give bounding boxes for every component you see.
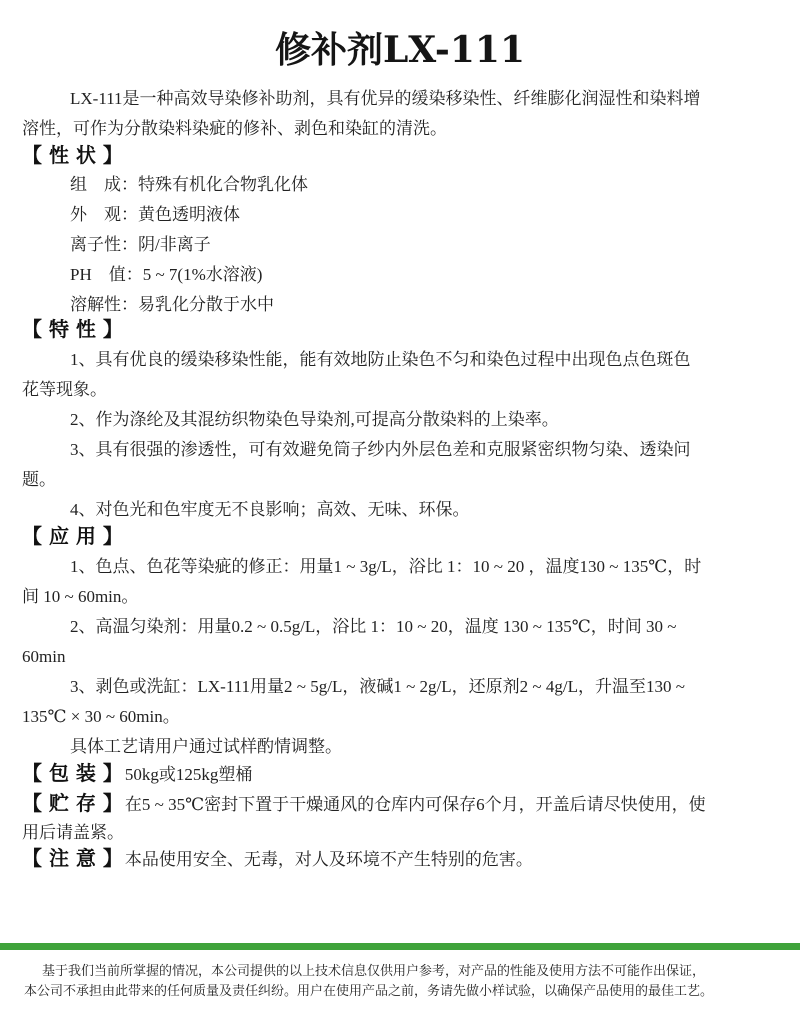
packaging-text: 50kg或125kg塑桶 (125, 765, 253, 784)
section-packaging: 【 包 装 】50kg或125kg塑桶 (22, 761, 252, 787)
disclaimer-line-2: 本公司不承担由此带来的任何质量及责任纠纷。用户在使用产品之前，务请先做小样试验，… (0, 983, 800, 1001)
green-divider-bar (0, 943, 800, 950)
storage-text-line-2: 用后请盖紧。 (0, 822, 124, 844)
section-heading-features: 【 特 性 】 (22, 317, 123, 341)
property-composition: 组 成：特殊有机化合物乳化体 (0, 174, 308, 196)
section-caution: 【 注 意 】本品使用安全、无毒，对人及环境不产生特别的危害。 (22, 846, 533, 872)
feature-2: 2、作为涤纶及其混纺织物染色导染剂,可提高分散染料的上染率。 (0, 409, 559, 431)
application-1-line-1: 1、色点、色花等染疵的修正：用量1 ~ 3g/L，浴比 1：10 ~ 20 ，温… (0, 556, 701, 578)
application-2-line-1: 2、高温匀染剂：用量0.2 ~ 0.5g/L，浴比 1：10 ~ 20，温度 1… (0, 616, 676, 638)
property-appearance: 外 观：黄色透明液体 (0, 204, 240, 226)
feature-1-line-2: 花等现象。 (0, 379, 107, 401)
application-note: 具体工艺请用户通过试样酌情调整。 (0, 736, 342, 758)
disclaimer-line-1: 基于我们当前所掌握的情况，本公司提供的以上技术信息仅供用户参考，对产品的性能及使… (0, 963, 800, 981)
application-2-line-2: 60min (0, 646, 65, 668)
property-ph: PH 值：5 ~ 7(1%水溶液) (0, 264, 262, 286)
feature-4: 4、对色光和色牢度无不良影响；高效、无味、环保。 (0, 499, 470, 521)
application-1-line-2: 间 10 ~ 60min。 (0, 586, 138, 608)
feature-3-line-1: 3、具有很强的渗透性，可有效避免筒子纱内外层色差和克服紧密织物匀染、透染问 (0, 439, 691, 461)
application-3-line-1: 3、剥色或洗缸：LX-111用量2 ~ 5g/L，液碱1 ~ 2g/L，还原剂2… (0, 676, 685, 698)
section-heading-caution: 【 注 意 】 (22, 846, 123, 870)
page-title: 修补剂LX-111 (0, 22, 800, 73)
property-solubility: 溶解性：易乳化分散于水中 (0, 294, 274, 316)
section-heading-storage: 【 贮 存 】 (22, 791, 123, 815)
property-ionic: 离子性：阴/非离子 (0, 234, 211, 256)
storage-text: 在5 ~ 35℃密封下置于干燥通风的仓库内可保存6个月，开盖后请尽快使用，使 (125, 795, 706, 814)
feature-3-line-2: 题。 (0, 469, 56, 491)
section-heading-packaging: 【 包 装 】 (22, 761, 123, 785)
application-3-line-2: 135℃ × 30 ~ 60min。 (0, 706, 180, 728)
intro-line-1: LX-111是一种高效导染修补助剂，具有优异的缓染移染性、纤维膨化润湿性和染料增 (0, 88, 701, 110)
caution-text: 本品使用安全、无毒，对人及环境不产生特别的危害。 (125, 850, 533, 869)
section-storage: 【 贮 存 】在5 ~ 35℃密封下置于干燥通风的仓库内可保存6个月，开盖后请尽… (22, 791, 706, 817)
section-heading-application: 【 应 用 】 (22, 524, 123, 548)
feature-1-line-1: 1、具有优良的缓染移染性能，能有效地防止染色不匀和染色过程中出现色点色斑色 (0, 349, 691, 371)
section-heading-properties: 【 性 状 】 (22, 143, 123, 167)
intro-line-2: 溶性，可作为分散染料染疵的修补、剥色和染缸的清洗。 (0, 118, 447, 140)
